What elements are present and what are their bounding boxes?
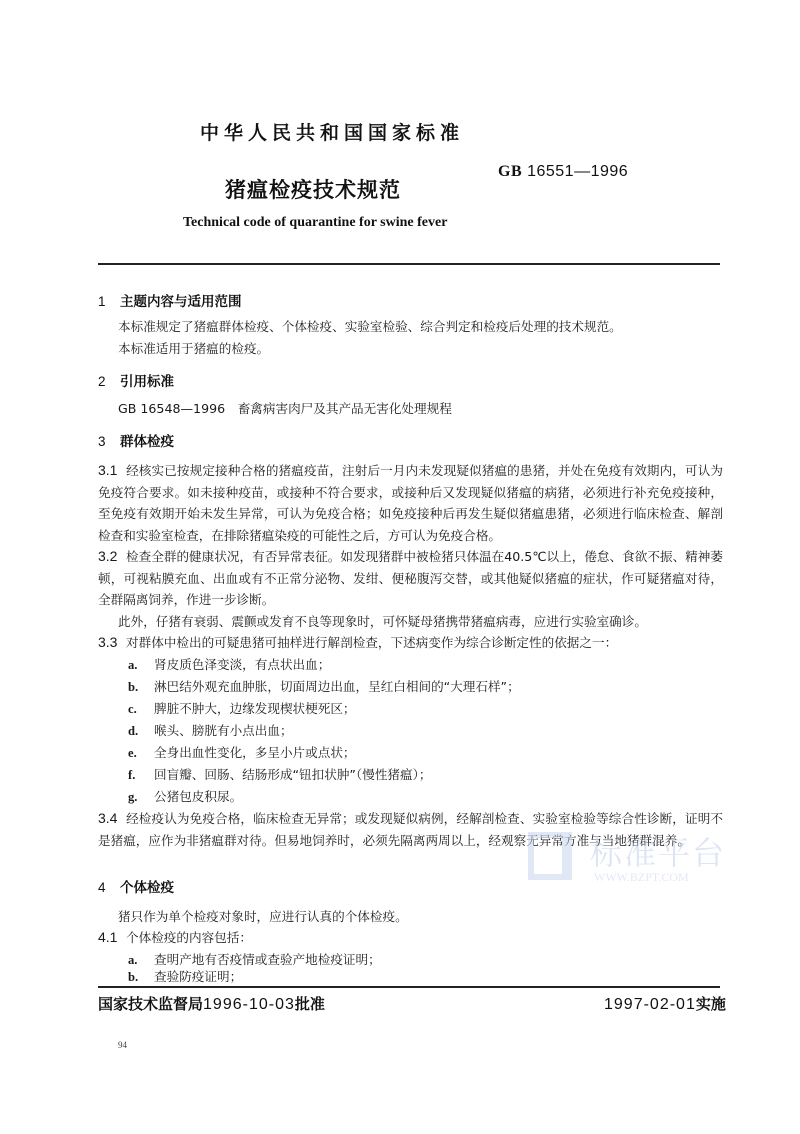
watermark-logo: 标准平台 WWW.BZPT.COM (528, 832, 728, 892)
reference-standard: GB 16548—1996 畜禽病害肉尸及其产品无害化处理规程 (118, 398, 718, 420)
clause-3-1: 3.1经核实已按规定接种合格的猪瘟疫苗，注射后一月内未发现疑似猪瘟的患猪，并处在… (98, 460, 723, 546)
approval-info: 国家技术监督局1996-10-03批准 (98, 993, 325, 1014)
clause-3-3: 3.3对群体中检出的可疑患猪可抽样进行解剖检查，下述病变作为综合诊断定性的依据之… (98, 632, 723, 654)
footer-rule (98, 986, 720, 988)
section-1-para-2: 本标准适用于猪瘟的检疫。 (118, 338, 718, 360)
list-item: f.回盲瓣、回肠、结肠形成“钮扣状肿”（慢性猪瘟）； (128, 764, 432, 787)
document-title-en: Technical code of quarantine for swine f… (183, 215, 447, 231)
section-2-heading: 2引用标准 (98, 370, 174, 390)
list-item: c.脾脏不肿大，边缘发现楔状梗死区； (128, 698, 356, 721)
section-4-intro: 猪只作为单个检疫对象时，应进行认真的个体检疫。 (118, 906, 718, 928)
standard-code: GB 16551—1996 (498, 163, 628, 181)
list-item: e.全身出血性变化，多呈小片或点状； (128, 742, 356, 765)
list-item: g.公猪包皮积尿。 (128, 786, 242, 809)
watermark-icon (528, 832, 572, 880)
code-prefix: GB (498, 163, 522, 180)
list-item: b.淋巴结外观充血肿胀，切面周边出血，呈红白相间的“大理石样”； (128, 676, 520, 699)
clause-4-1: 4.1个体检疫的内容包括： (98, 927, 723, 949)
list-item: d.喉头、膀胱有小点出血； (128, 720, 293, 743)
clause-3-2-extra: 此外，仔猪有衰弱、震颤或发育不良等现象时，可怀疑母猪携带猪瘟病毒，应进行实验室确… (118, 611, 718, 633)
clause-3-2: 3.2检查全群的健康状况，有否异常表征。如发现猪群中被检猪只体温在40.5℃以上… (98, 546, 723, 611)
effective-info: 1997-02-01实施 (604, 993, 726, 1014)
section-1-para-1: 本标准规定了猪瘟群体检疫、个体检疫、实验室检验、综合判定和检疫后处理的技术规范。 (118, 316, 718, 338)
document-title-cn: 猪瘟检疫技术规范 (225, 174, 401, 204)
list-item: a.肾皮质色泽变淡，有点状出血； (128, 654, 330, 677)
section-1-heading: 1主题内容与适用范围 (98, 290, 242, 310)
standard-category: 中华人民共和国国家标准 (200, 118, 464, 145)
page-number: 94 (118, 1040, 127, 1050)
section-3-heading: 3群体检疫 (98, 430, 174, 450)
header-rule (98, 263, 720, 265)
code-number: 16551—1996 (527, 163, 628, 180)
section-4-heading: 4个体检疫 (98, 876, 174, 896)
